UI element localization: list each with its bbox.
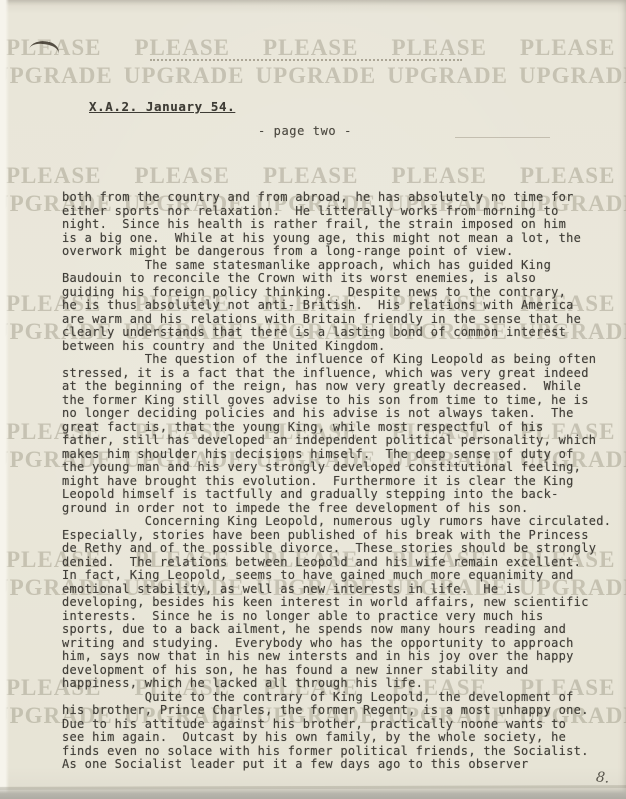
watermark-word: PLEASE	[520, 36, 615, 60]
paragraph: Concerning King Leopold, numerous ugly r…	[62, 515, 607, 691]
paragraph: Quite to the contrary of King Leopold, t…	[62, 691, 607, 772]
paragraph: The same statesmanlike approach, which h…	[62, 259, 607, 354]
watermark-word: UPGRADE	[0, 64, 113, 88]
watermark-word: PLEASE	[263, 36, 358, 60]
page-heading: - page two -	[258, 124, 352, 138]
pen-mark	[29, 38, 61, 57]
faint-scratch-line	[455, 137, 550, 138]
watermark-word: PLEASE	[391, 36, 486, 60]
watermark-word: UPGRADE	[124, 64, 245, 88]
watermark-word: UPGRADE	[255, 64, 376, 88]
handwritten-page-number: 8.	[595, 769, 610, 786]
document-body: both from the country and from abroad, h…	[62, 191, 607, 772]
watermark-word: PLEASE	[391, 164, 486, 188]
paragraph: The question of the influence of King Le…	[62, 353, 607, 515]
scan-bottom-edge	[0, 787, 626, 799]
watermark-word: PLEASE	[6, 164, 101, 188]
watermark-word: PLEASE	[134, 36, 229, 60]
watermark-word: UPGRADE	[387, 64, 508, 88]
scan-left-edge	[0, 0, 9, 799]
scanned-document-page: PLEASEPLEASEPLEASEPLEASEPLEASEPLEASEUPGR…	[0, 0, 626, 799]
watermark-word: PLEASE	[134, 164, 229, 188]
watermark-band: PLEASEPLEASEPLEASEPLEASEPLEASEPLEASEUPGR…	[0, 36, 626, 88]
watermark-word: PLEASE	[263, 164, 358, 188]
watermark-word: UPGRADE	[519, 64, 626, 88]
paragraph: both from the country and from abroad, h…	[62, 191, 607, 259]
perforation-dots	[150, 59, 462, 61]
document-reference: X.A.2. January 54.	[89, 99, 235, 114]
watermark-word: PLEASE	[520, 164, 615, 188]
